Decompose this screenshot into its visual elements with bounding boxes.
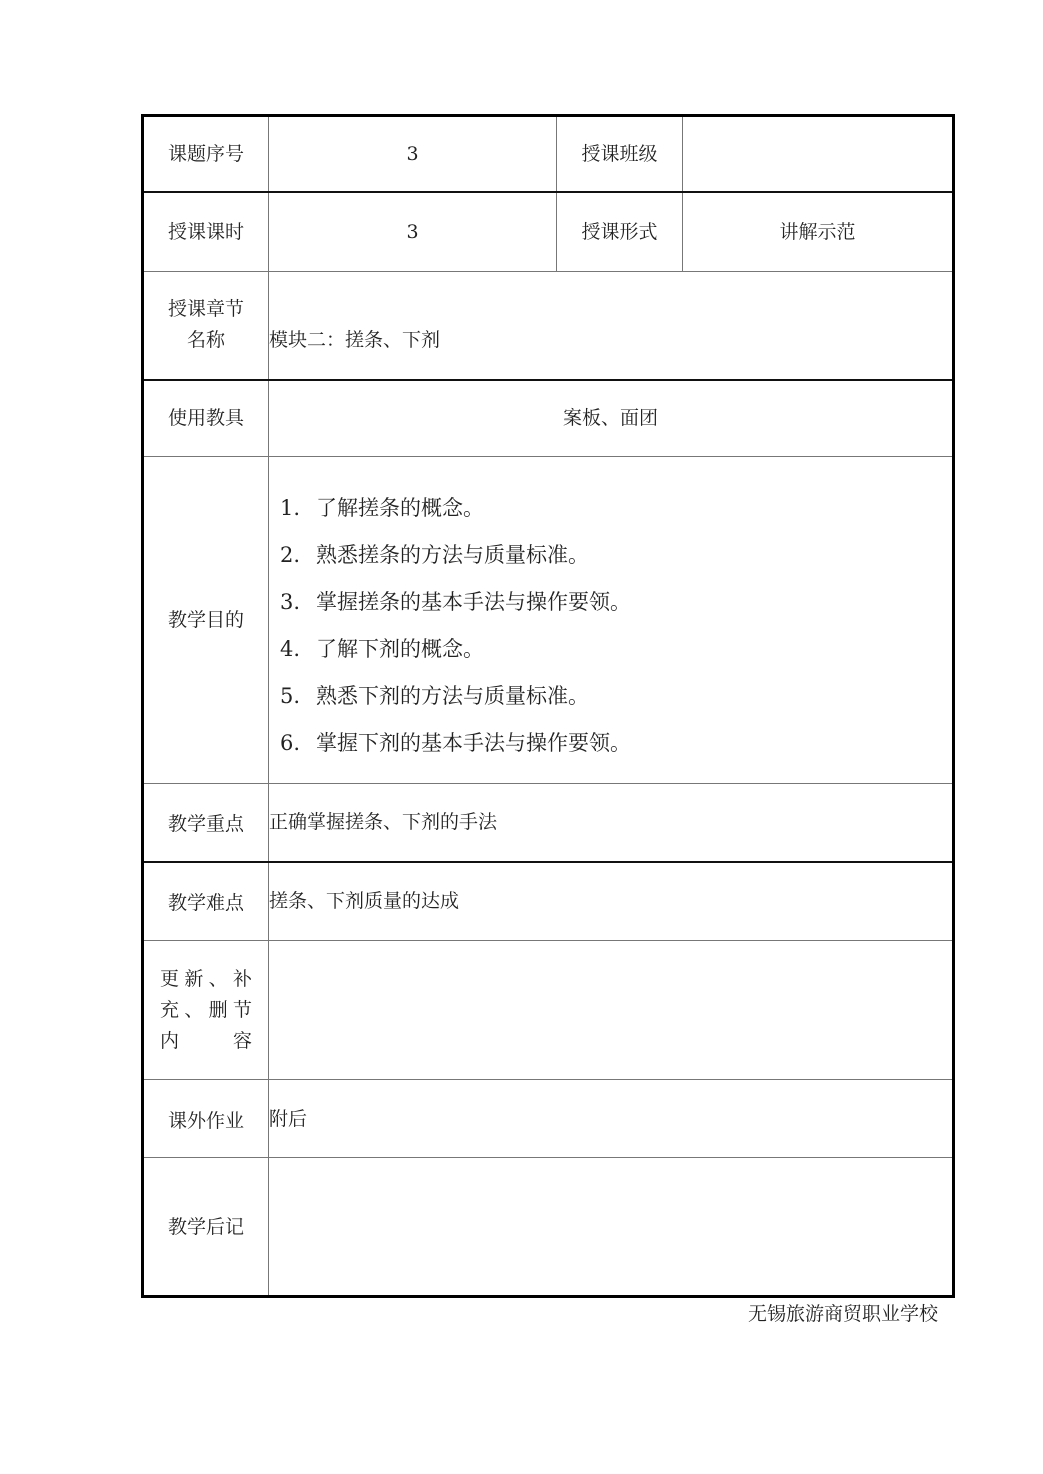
- objective-text: 了解搓条的概念。: [316, 496, 484, 520]
- key-points-label: 教学重点: [143, 784, 269, 862]
- objective-num: 4.: [280, 626, 316, 673]
- objectives-cell: 1.了解搓条的概念。 2.熟悉搓条的方法与质量标准。 3.掌握搓条的基本手法与操…: [269, 457, 954, 784]
- objective-item: 6.掌握下剂的基本手法与操作要领。: [280, 720, 952, 767]
- objective-num: 1.: [280, 485, 316, 532]
- updates-label-line3: 内 容: [154, 1026, 258, 1057]
- objective-num: 3.: [280, 579, 316, 626]
- class-label: 授课班级: [557, 116, 683, 192]
- updates-value: [269, 941, 954, 1080]
- objective-text: 熟悉下剂的方法与质量标准。: [316, 684, 589, 708]
- objective-item: 1.了解搓条的概念。: [280, 485, 952, 532]
- topic-no-label: 课题序号: [143, 116, 269, 192]
- objective-num: 2.: [280, 532, 316, 579]
- row-hours-form: 授课课时 3 授课形式 讲解示范: [143, 192, 954, 272]
- topic-no-value: 3: [269, 116, 557, 192]
- hours-value: 3: [269, 192, 557, 272]
- row-chapter: 授课章节 名称 模块二：搓条、下剂: [143, 272, 954, 380]
- tools-label: 使用教具: [143, 380, 269, 457]
- row-key-points: 教学重点 正确掌握搓条、下剂的手法: [143, 784, 954, 862]
- row-homework: 课外作业 附后: [143, 1080, 954, 1158]
- objective-item: 4.了解下剂的概念。: [280, 626, 952, 673]
- updates-label: 更新、补 充、删节 内 容: [143, 941, 269, 1080]
- homework-value: 附后: [269, 1080, 954, 1158]
- objective-item: 3.掌握搓条的基本手法与操作要领。: [280, 579, 952, 626]
- class-value: [683, 116, 954, 192]
- objective-text: 掌握搓条的基本手法与操作要领。: [316, 590, 631, 614]
- updates-label-line2: 充、删节: [154, 995, 258, 1026]
- row-objectives: 教学目的 1.了解搓条的概念。 2.熟悉搓条的方法与质量标准。 3.掌握搓条的基…: [143, 457, 954, 784]
- objective-item: 2.熟悉搓条的方法与质量标准。: [280, 532, 952, 579]
- objective-item: 5.熟悉下剂的方法与质量标准。: [280, 673, 952, 720]
- objectives-list: 1.了解搓条的概念。 2.熟悉搓条的方法与质量标准。 3.掌握搓条的基本手法与操…: [269, 473, 952, 767]
- row-tools: 使用教具 案板、面团: [143, 380, 954, 457]
- row-difficulties: 教学难点 搓条、下剂质量的达成: [143, 862, 954, 941]
- form-value: 讲解示范: [683, 192, 954, 272]
- updates-label-line1: 更新、补: [154, 964, 258, 995]
- key-points-value: 正确掌握搓条、下剂的手法: [269, 784, 954, 862]
- objective-text: 掌握下剂的基本手法与操作要领。: [316, 731, 631, 755]
- row-updates: 更新、补 充、删节 内 容: [143, 941, 954, 1080]
- lesson-plan-page: 课题序号 3 授课班级 授课课时 3 授课形式 讲解示范 授课章节 名称 模块二…: [0, 0, 1043, 1474]
- notes-value: [269, 1158, 954, 1297]
- objectives-label: 教学目的: [143, 457, 269, 784]
- objective-text: 熟悉搓条的方法与质量标准。: [316, 543, 589, 567]
- objective-text: 了解下剂的概念。: [316, 637, 484, 661]
- notes-label: 教学后记: [143, 1158, 269, 1297]
- chapter-label: 授课章节 名称: [143, 272, 269, 380]
- objective-num: 6.: [280, 720, 316, 767]
- chapter-value: 模块二：搓条、下剂: [269, 272, 954, 380]
- school-name-footer: 无锡旅游商贸职业学校: [748, 1300, 938, 1328]
- difficulties-label: 教学难点: [143, 862, 269, 941]
- difficulties-value: 搓条、下剂质量的达成: [269, 862, 954, 941]
- row-topic-class: 课题序号 3 授课班级: [143, 116, 954, 192]
- row-notes: 教学后记: [143, 1158, 954, 1297]
- chapter-label-line1: 授课章节: [144, 294, 268, 325]
- form-label: 授课形式: [557, 192, 683, 272]
- chapter-label-line2: 名称: [144, 325, 268, 356]
- tools-value: 案板、面团: [269, 380, 954, 457]
- objective-num: 5.: [280, 673, 316, 720]
- chapter-value-text: 模块二：搓条、下剂: [269, 329, 440, 351]
- homework-label: 课外作业: [143, 1080, 269, 1158]
- lesson-plan-table: 课题序号 3 授课班级 授课课时 3 授课形式 讲解示范 授课章节 名称 模块二…: [141, 114, 955, 1298]
- hours-label: 授课课时: [143, 192, 269, 272]
